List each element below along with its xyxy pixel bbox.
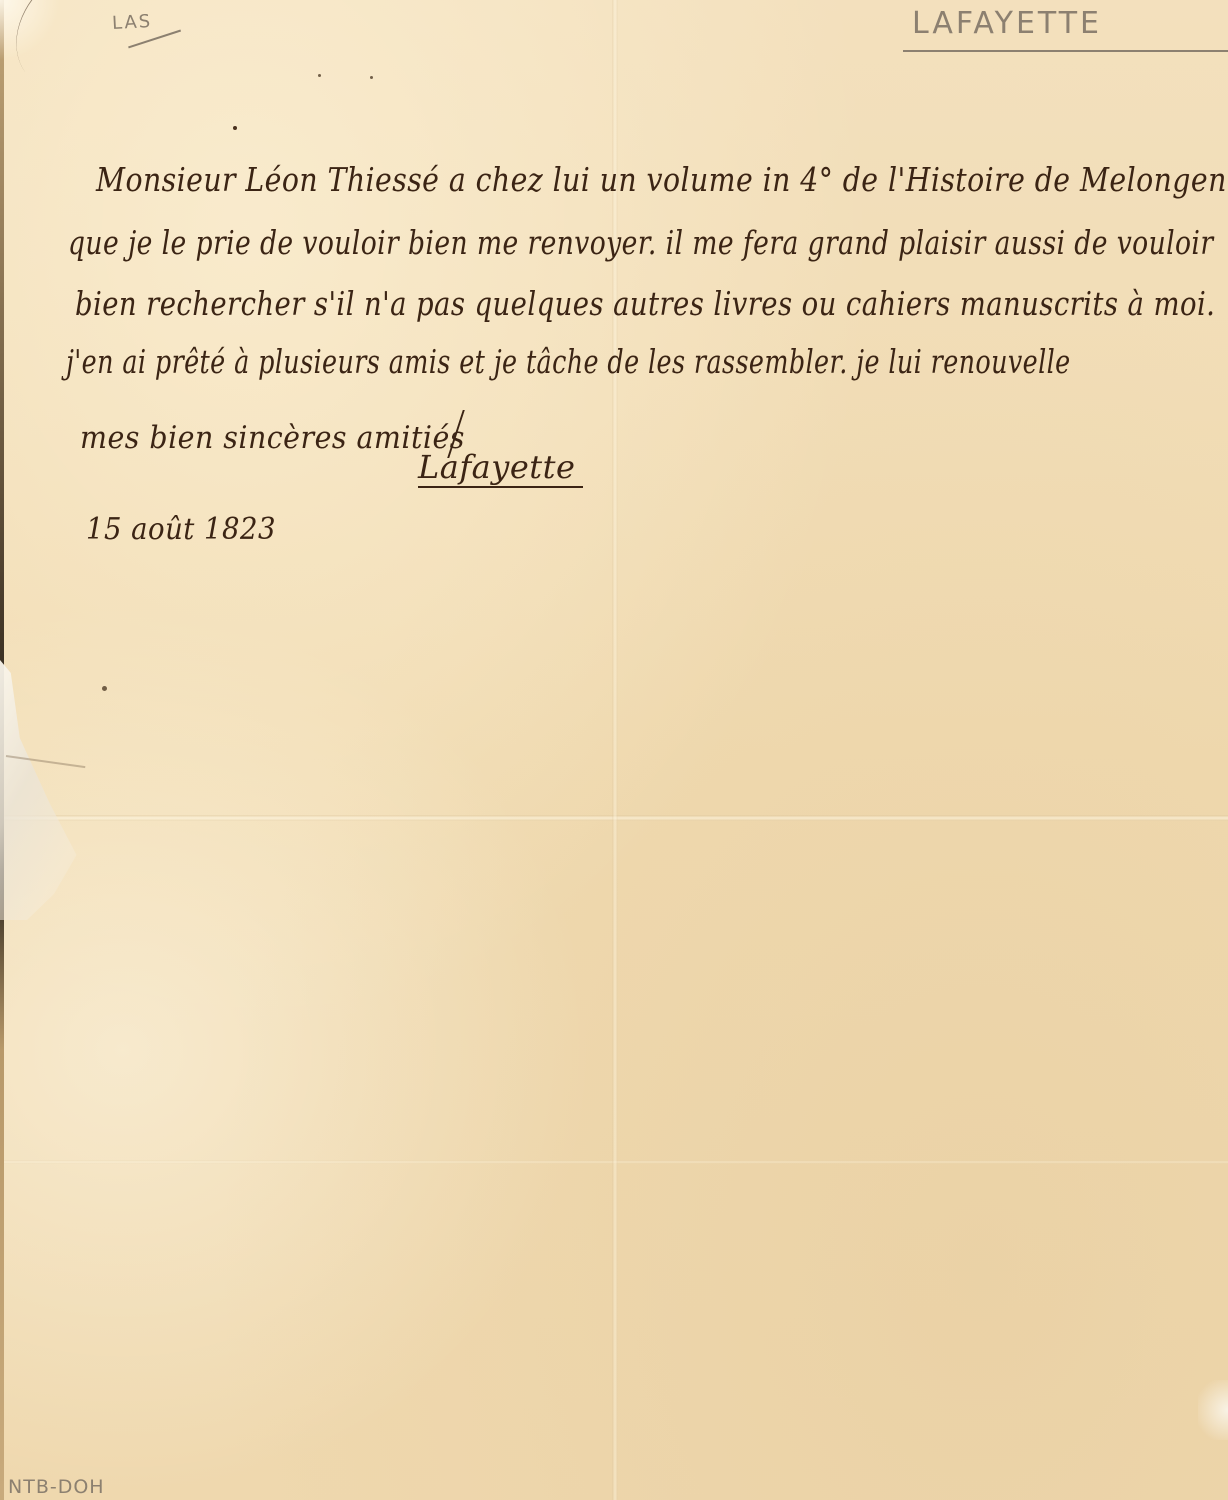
paper-spot: [318, 74, 321, 77]
torn-edge-region: [0, 660, 90, 920]
pencil-underline-lafayette: [903, 50, 1228, 52]
pencil-annotation-lafayette: LAFAYETTE: [912, 6, 1102, 41]
paper-spot: [370, 76, 373, 79]
letter-line-3: bien rechercher s'il n'a pas quelques au…: [75, 284, 1215, 323]
paper-spot: [102, 686, 107, 691]
letter-date: 15 août 1823: [86, 512, 276, 547]
ink-dot: [233, 126, 237, 130]
letter-line-1: Monsieur Léon Thiessé a chez lui un volu…: [96, 160, 1227, 199]
signature: Lafayette: [418, 448, 583, 488]
letter-sheet: LAS LAFAYETTE NTB-DOH Monsieur Léon Thie…: [0, 0, 1228, 1500]
letter-closing: mes bien sincères amitiés: [80, 420, 465, 456]
letter-line-4: j'en ai prêté à plusieurs amis et je tâc…: [66, 342, 1071, 381]
pencil-annotation-catalog-number: NTB-DOH: [8, 1476, 105, 1498]
letter-line-2: que je le prie de vouloir bien me renvoy…: [68, 223, 1213, 262]
pencil-annotation-las: LAS: [111, 11, 152, 34]
right-edge-tear: [1198, 1380, 1228, 1440]
